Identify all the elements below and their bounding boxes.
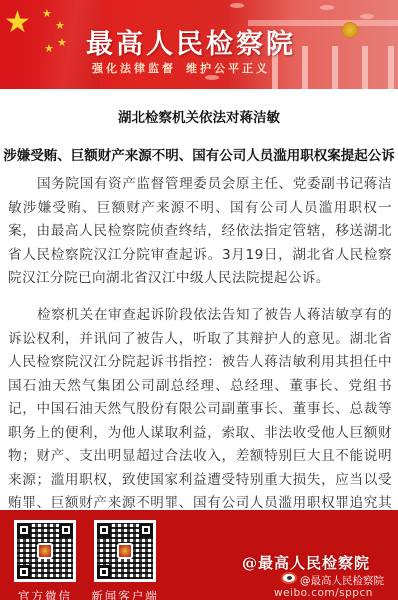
- pillar-decoration: [388, 46, 394, 89]
- pillar-decoration: [362, 46, 368, 89]
- weibo-title: @最高人民检察院: [242, 552, 370, 573]
- wechat-qr-code[interactable]: [14, 520, 76, 582]
- article-paragraph: 检察机关在审查起诉阶段依法告知了被告人蒋洁敏享有的诉讼权利，并讯问了被告人，听取…: [8, 304, 392, 539]
- light-decoration: [360, 14, 374, 19]
- pillar-decoration: [302, 46, 308, 89]
- wechat-label: 官方微信: [5, 588, 85, 600]
- small-star-icon: ★: [42, 8, 52, 19]
- small-star-icon: ★: [44, 43, 54, 54]
- weibo-logo-icon: [281, 572, 297, 584]
- footer: 官方微信 新闻客户端 @最高人民检察院 @最高人民检察院 weibo.com/s…: [0, 510, 398, 600]
- article-subheadline: 涉嫌受贿、巨额财产来源不明、国有公司人员滥用职权案提起公诉: [0, 144, 398, 164]
- light-decoration: [320, 5, 334, 10]
- small-star-icon: ★: [55, 20, 65, 31]
- banner-title: 最高人民检察院: [86, 22, 296, 61]
- large-star-icon: ★: [4, 8, 31, 38]
- news-app-label: 新闻客户端: [85, 588, 165, 600]
- weibo-handle[interactable]: @最高人民检察院: [300, 573, 384, 588]
- weibo-url[interactable]: weibo.com/sppcn: [274, 587, 373, 599]
- news-app-qr-code[interactable]: [94, 520, 156, 582]
- article-headline: 湖北检察机关依法对蒋洁敏: [0, 106, 398, 126]
- qr-code-icon: [97, 523, 153, 579]
- banner-slogan: 强化法律监督维护公平正义: [92, 60, 270, 76]
- emblem-icon: [37, 543, 53, 559]
- slogan-left: 强化法律监督: [92, 62, 176, 75]
- slogan-right: 维护公平正义: [186, 62, 270, 75]
- small-star-icon: ★: [57, 37, 67, 48]
- qr-code-icon: [17, 523, 73, 579]
- pillar-decoration: [332, 46, 338, 89]
- national-emblem-icon: [342, 22, 358, 38]
- light-decoration: [230, 3, 244, 8]
- emblem-icon: [117, 543, 133, 559]
- header-banner: ★ ★ ★ ★ ★ 最高人民检察院 强化法律监督维护公平正义: [0, 0, 398, 89]
- article-paragraph: 国务院国有资产监督管理委员会原主任、党委副书记蒋洁敏涉嫌受贿、巨额财产来源不明、…: [8, 173, 392, 291]
